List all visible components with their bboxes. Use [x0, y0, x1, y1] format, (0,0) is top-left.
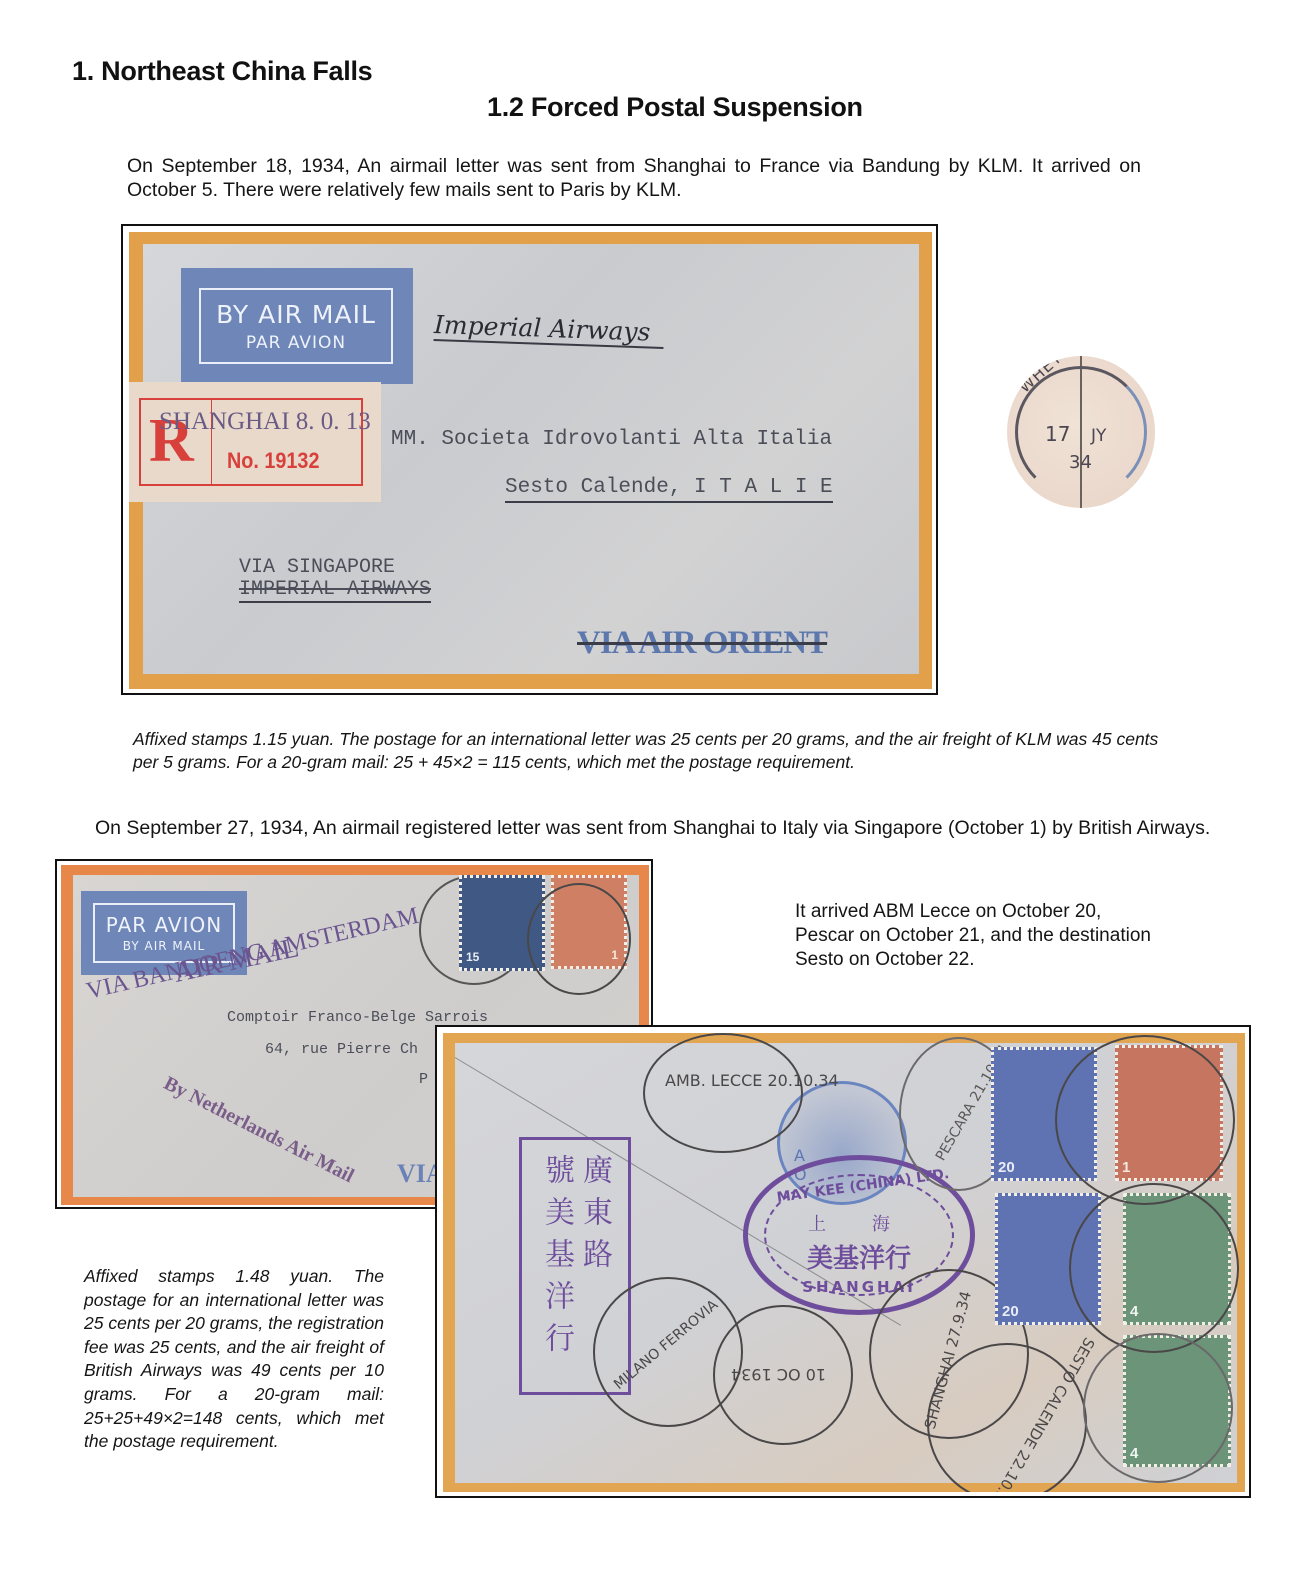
stamp-cancel-2 — [1069, 1183, 1239, 1353]
route-line-1: VIA SINGAPORE — [239, 556, 395, 579]
postmark-year: 34 — [1069, 452, 1092, 473]
section-title: 1. Northeast China Falls — [72, 56, 372, 87]
seal-middle-small: 上 海 — [748, 1210, 970, 1236]
postmark-ferrovia-text: MILANO FERROVIA — [611, 1297, 721, 1393]
postmark-detail: WHETSTONE 17 JY 34 — [1007, 356, 1155, 508]
postmark-1934-text: 10 OC 1934 — [731, 1365, 826, 1384]
stamp-cancel-3 — [1083, 1333, 1233, 1483]
route-line-2-struck: IMPERIAL AIRWAYS — [239, 578, 431, 603]
stamp-value: 20 — [998, 1159, 1015, 1176]
postmark-lecce-text: AMB. LECCE 20.10.34 — [665, 1071, 839, 1090]
arrival-paragraph: It arrived ABM Lecce on October 20, Pesc… — [795, 900, 1155, 972]
front-postmark-right — [527, 883, 631, 995]
postmark-day: 17 — [1045, 422, 1070, 446]
cover-1-envelope: BY AIR MAIL PAR AVION Imperial Airways R… — [129, 232, 932, 689]
route-stamp-struck: VIA AIR ORIENT — [577, 625, 827, 662]
front-address-line-2: 64, rue Pierre Ch — [265, 1041, 418, 1058]
airmail-label-line1: BY AIR MAIL — [216, 300, 376, 329]
sender-box-col2: 號美基洋行 — [534, 1154, 578, 1364]
intro-paragraph-1: On September 18, 1934, An airmail letter… — [127, 154, 1141, 202]
stamp-15-value: 15 — [466, 950, 479, 964]
postmark-month: JY — [1091, 426, 1106, 446]
cover-1-frame: BY AIR MAIL PAR AVION Imperial Airways R… — [121, 224, 938, 695]
postmark-sesto: SESTO CALENDE 22.10.34 — [927, 1343, 1087, 1492]
sender-box-col1: 廣東路 — [572, 1154, 616, 1280]
airmail-label-line2: PAR AVION — [246, 333, 346, 353]
address-line-2: Sesto Calende, I T A L I E — [505, 476, 833, 503]
address-line-1: MM. Societa Idrovolanti Alta Italia — [391, 428, 832, 451]
airmail-label-front-line2: BY AIR MAIL — [123, 939, 205, 953]
stamp-value: 20 — [1002, 1303, 1019, 1320]
airmail-label: BY AIR MAIL PAR AVION — [181, 268, 413, 384]
registration-label: R SHANGHAI 8. 0. 13 No. 19132 — [129, 382, 381, 502]
stamp-cancel-1 — [1055, 1035, 1235, 1205]
front-address-line-1: Comptoir Franco-Belge Sarrois — [227, 1009, 488, 1026]
cover-2-back-envelope: 廣東路 號美基洋行 A O MAY KEE (CHINA) LTD. 上 海 美… — [443, 1033, 1245, 1492]
intro-paragraph-2: On September 27, 1934, An airmail regist… — [65, 816, 1255, 840]
registration-number: No. 19132 — [227, 448, 319, 474]
front-address-line-3: P — [419, 1071, 428, 1088]
caption-1: Affixed stamps 1.15 yuan. The postage fo… — [133, 728, 1163, 774]
caption-2: Affixed stamps 1.48 yuan. The postage fo… — [84, 1265, 384, 1454]
postmark-lecce: AMB. LECCE 20.10.34 — [643, 1033, 803, 1153]
subsection-title: 1.2 Forced Postal Suspension — [487, 92, 863, 123]
postmark-1934: 10 OC 1934 — [713, 1305, 853, 1445]
cover-2-back-frame: 廣東路 號美基洋行 A O MAY KEE (CHINA) LTD. 上 海 美… — [435, 1025, 1251, 1498]
registration-office: SHANGHAI 8. 0. 13 — [159, 408, 371, 436]
airmail-label-front-line1: PAR AVION — [106, 913, 222, 937]
